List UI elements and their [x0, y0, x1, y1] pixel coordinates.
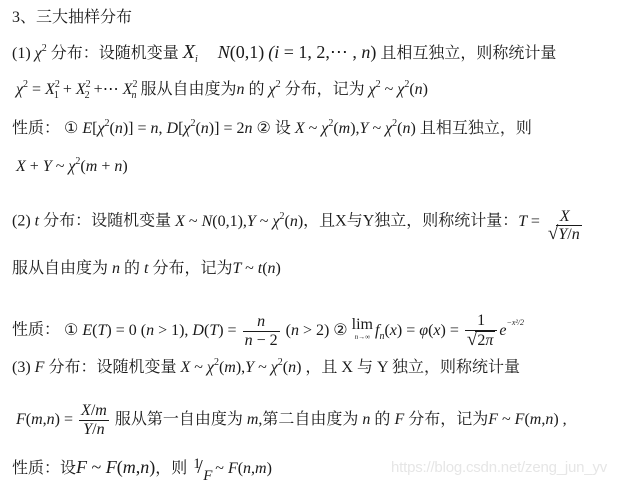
f-statistic-fraction: X/mY/n [79, 402, 109, 439]
t-statistic-fraction: X √Y/n [546, 208, 584, 244]
t-symbol: t [31, 213, 43, 230]
f-dist-text: 分布：设随机变量 [48, 359, 176, 376]
section-title-text: 3、三大抽样分布 [12, 9, 132, 26]
chi2-notation: χ2 ~ χ2(n) [369, 81, 428, 98]
chi-symbol-2: χ2 [269, 81, 281, 98]
f-premise: X ~ χ2(m),Y ~ χ2(n) [180, 359, 301, 376]
property-label: 性质： [12, 120, 60, 137]
t-dist-text: 分布：设随机变量 [43, 213, 171, 230]
f-label: (3) [12, 359, 31, 376]
t-follow-text: 服从自由度为 [12, 260, 108, 277]
f-property-label: 性质：设 [12, 460, 76, 477]
reciprocal-f: 1/F [191, 458, 215, 480]
of-text: 的 [249, 81, 265, 98]
f-symbol: F [31, 359, 49, 376]
t-premise: X ~ N(0,1),Y ~ χ2(n) [175, 213, 303, 230]
t-property-line: 性质： ① E(T) = 0 (n > 1), D(T) = nn − 2 (n… [12, 312, 524, 350]
t-property1: ① E(T) = 0 (n > 1), D(T) = nn − 2 (n > 2… [64, 322, 333, 339]
f-statistic: F(m,n) = X/mY/n [16, 411, 115, 428]
chi2-property2-mid: X ~ χ2(m),Y ~ χ2(n) [295, 120, 416, 137]
f-follow-text: 服从第一自由度为 [115, 411, 243, 428]
chi2-definition-line1: (1) χ2 分布：设随机变量 Xi N(0,1) (i = 1, 2,⋯ , … [12, 42, 556, 64]
limit-operator: limn→∞ [352, 319, 373, 343]
f-notation: F ~ F(m,n) [488, 411, 558, 428]
xi-symbol: Xi [183, 41, 198, 63]
chi2-property-line1: 性质： ① E[χ2(n)] = n, D[χ2(n)] = 2n ② 设 X … [12, 119, 532, 139]
f-definition-line1: (3) F 分布：设随机变量 X ~ χ2(m),Y ~ χ2(n) ，且 X … [12, 358, 520, 378]
t-symbol-2: t [140, 260, 152, 277]
f-indep-text: ，且 X 与 Y 独立，则称统计量 [305, 359, 520, 376]
f-definition-line2: F(m,n) = X/mY/n 服从第一自由度为 m,第二自由度为 n 的 F … [16, 402, 567, 439]
f-property-line: 性质：设F ~ F(m,n)，则 1/F~ F(n,m) [12, 457, 272, 480]
chi2-property1: ① E[χ2(n)] = n, D[χ2(n)] = 2n [64, 120, 252, 137]
chi2-property2-post: 且相互独立，则 [420, 120, 532, 137]
n-symbol-t: n [108, 260, 124, 277]
chi2-notation-label: 分布，记为 [285, 81, 365, 98]
chi2-sum: χ2 = X21 + X22 +⋯ X2n [16, 81, 136, 98]
t-definition-line2: 服从自由度为 n 的 t 分布，记为T ~ t(n) [12, 259, 281, 279]
index-range: (i = 1, 2,⋯ , n) [268, 42, 376, 62]
watermark: https://blog.csdn.net/zeng_jun_yv [391, 459, 607, 476]
normal-dist: N(0,1) [218, 42, 265, 62]
n-symbol: n [237, 81, 245, 98]
t-label: (2) [12, 213, 31, 230]
f-property-then: ，则 [155, 460, 187, 477]
f-property-cond: F ~ F(m,n) [76, 457, 155, 477]
chi2-property2-pre: ② 设 [256, 120, 290, 137]
chi2-indep-text: 且相互独立，则称统计量 [380, 45, 556, 62]
f-property-result: ~ F(n,m) [215, 460, 272, 477]
chi2-definition-line2: χ2 = X21 + X22 +⋯ X2n 服从自由度为n 的 χ2 分布，记为… [16, 80, 428, 100]
normal-density-fraction: 1√2π [465, 312, 497, 350]
chi2-label: (1) [12, 45, 31, 62]
section-title: 3、三大抽样分布 [12, 8, 132, 28]
n-symbol-f: n [358, 411, 374, 428]
t-indep-text: ，且X与Y独立，则称统计量： [303, 213, 518, 230]
chi2-property-line2: X + Y ~ χ2(m + n) [16, 157, 128, 177]
f-notation-label: 分布，记为 [408, 411, 488, 428]
t-property2: ② limn→∞fn(x) = φ(x) = 1√2πe−x²/2 [333, 322, 524, 339]
chi2-property2-result: X + Y ~ χ2(m + n) [16, 158, 128, 175]
property-label-t: 性质： [12, 322, 60, 339]
t-notation: T ~ t(n) [233, 260, 281, 277]
f-symbol-2: F [390, 411, 408, 428]
chi2-follow-text: 服从自由度为 [140, 81, 236, 98]
m-symbol: m [243, 411, 259, 428]
f-second-text: 第二自由度为 [262, 411, 358, 428]
chi-symbol: χ2 [35, 45, 47, 62]
t-notation-label: 分布，记为 [152, 260, 232, 277]
chi2-dist-text: 分布：设随机变量 [51, 45, 179, 62]
t-definition-line1: (2) t 分布：设随机变量 X ~ N(0,1),Y ~ χ2(n)，且X与Y… [12, 204, 586, 240]
t-statistic: T = X √Y/n [518, 213, 585, 230]
t-variance-fraction: nn − 2 [243, 313, 280, 350]
